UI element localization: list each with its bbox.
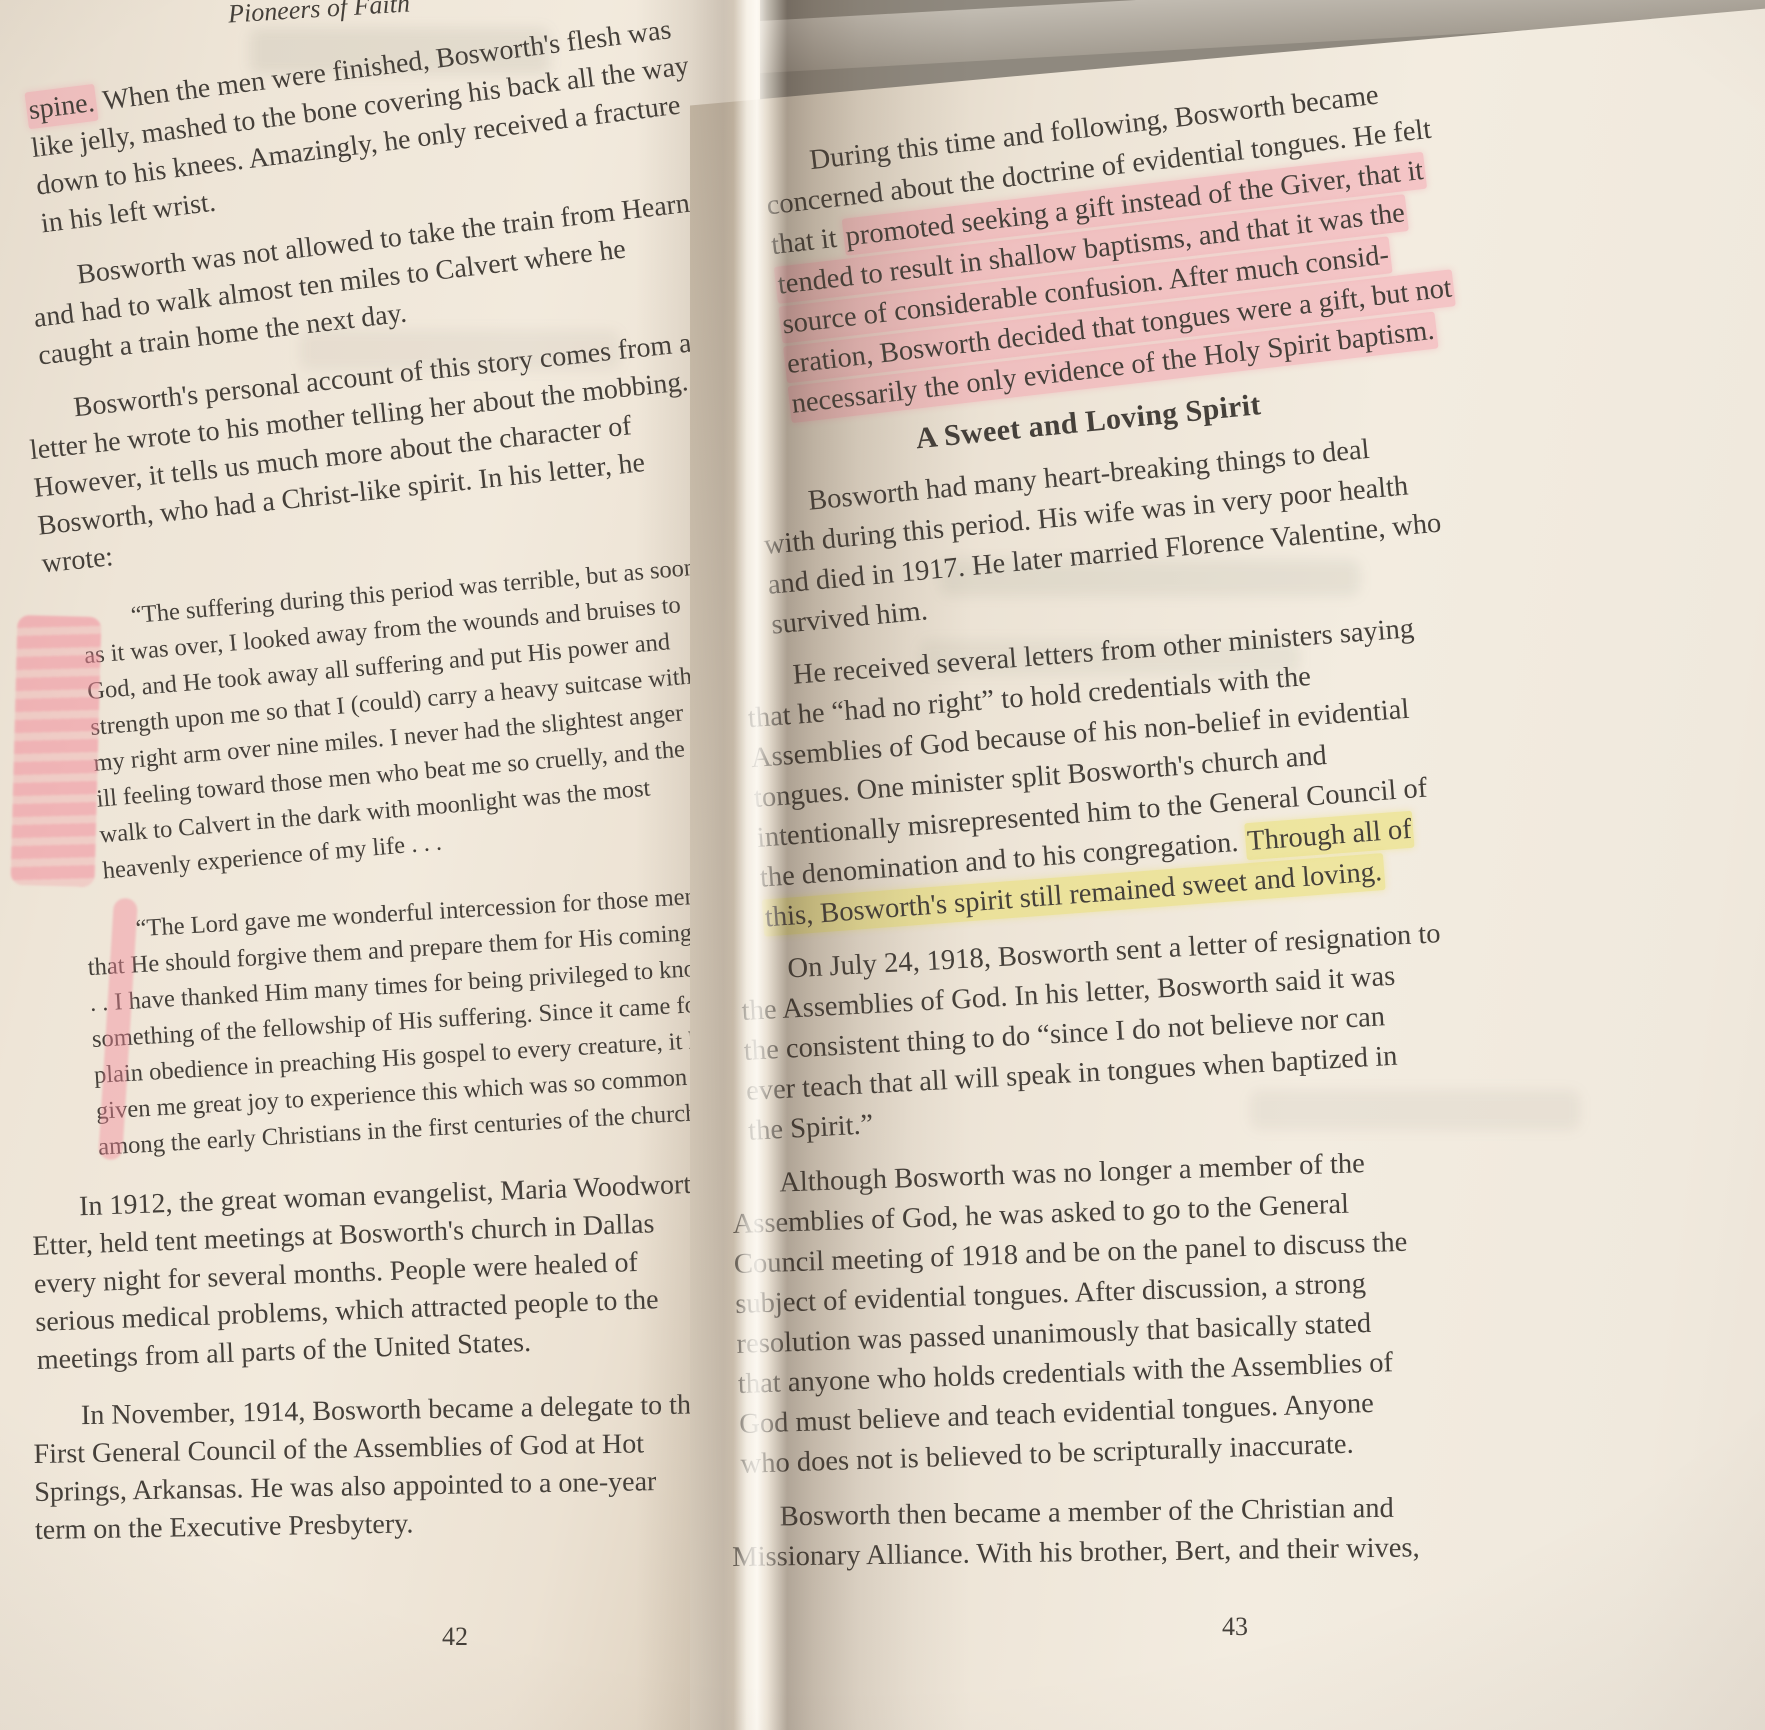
- paragraph: He received several letters from other m…: [744, 604, 1501, 939]
- paragraph: In November, 1914, Bosworth became a del…: [33, 1385, 760, 1550]
- paragraph: On July 24, 1918, Bosworth sent a letter…: [739, 912, 1497, 1152]
- left-running-head: Pioneers of Faith: [227, 0, 410, 30]
- right-page-text: During this time and following, Bosworth…: [732, 146, 1492, 1591]
- left-page: Pioneers of Faith spine. When the men we…: [0, 0, 760, 1730]
- book-photo: Pioneers of Faith spine. When the men we…: [0, 0, 1765, 1730]
- left-page-number: 42: [442, 1622, 468, 1652]
- text-segment: First General Council of the Assemblies …: [33, 1428, 644, 1470]
- text-segment: Bosworth then became a member of the Chr…: [779, 1493, 1394, 1533]
- paragraph: “The Lord gave me wonderful intercession…: [85, 875, 760, 1166]
- text-segment: Missionary Alliance. With his brother, B…: [732, 1532, 1420, 1573]
- text-segment: In November, 1914, Bosworth became a del…: [81, 1389, 704, 1431]
- paragraph: In 1912, the great woman evangelist, Mar…: [31, 1163, 760, 1380]
- paragraph: During this time and following, Bosworth…: [760, 65, 1503, 425]
- text-segment: that it: [770, 222, 846, 261]
- paragraph: “The suffering during this period was te…: [80, 545, 760, 890]
- text-segment: wrote:: [40, 541, 114, 579]
- paragraph: Although Bosworth was no longer a member…: [731, 1140, 1497, 1485]
- text-segment: Springs, Arkansas. He was also appointed…: [34, 1466, 657, 1508]
- text-segment: the Spirit.”: [747, 1109, 874, 1147]
- right-page-number: 43: [1222, 1612, 1248, 1642]
- text-segment: term on the Executive Presbytery.: [35, 1508, 414, 1546]
- right-page: Fred Francis Bosworth: A Man of Humility…: [690, 0, 1765, 1730]
- left-page-text: spine. When the men were finished, Boswo…: [34, 92, 760, 1568]
- paragraph: Bosworth then became a member of the Chr…: [731, 1487, 1492, 1578]
